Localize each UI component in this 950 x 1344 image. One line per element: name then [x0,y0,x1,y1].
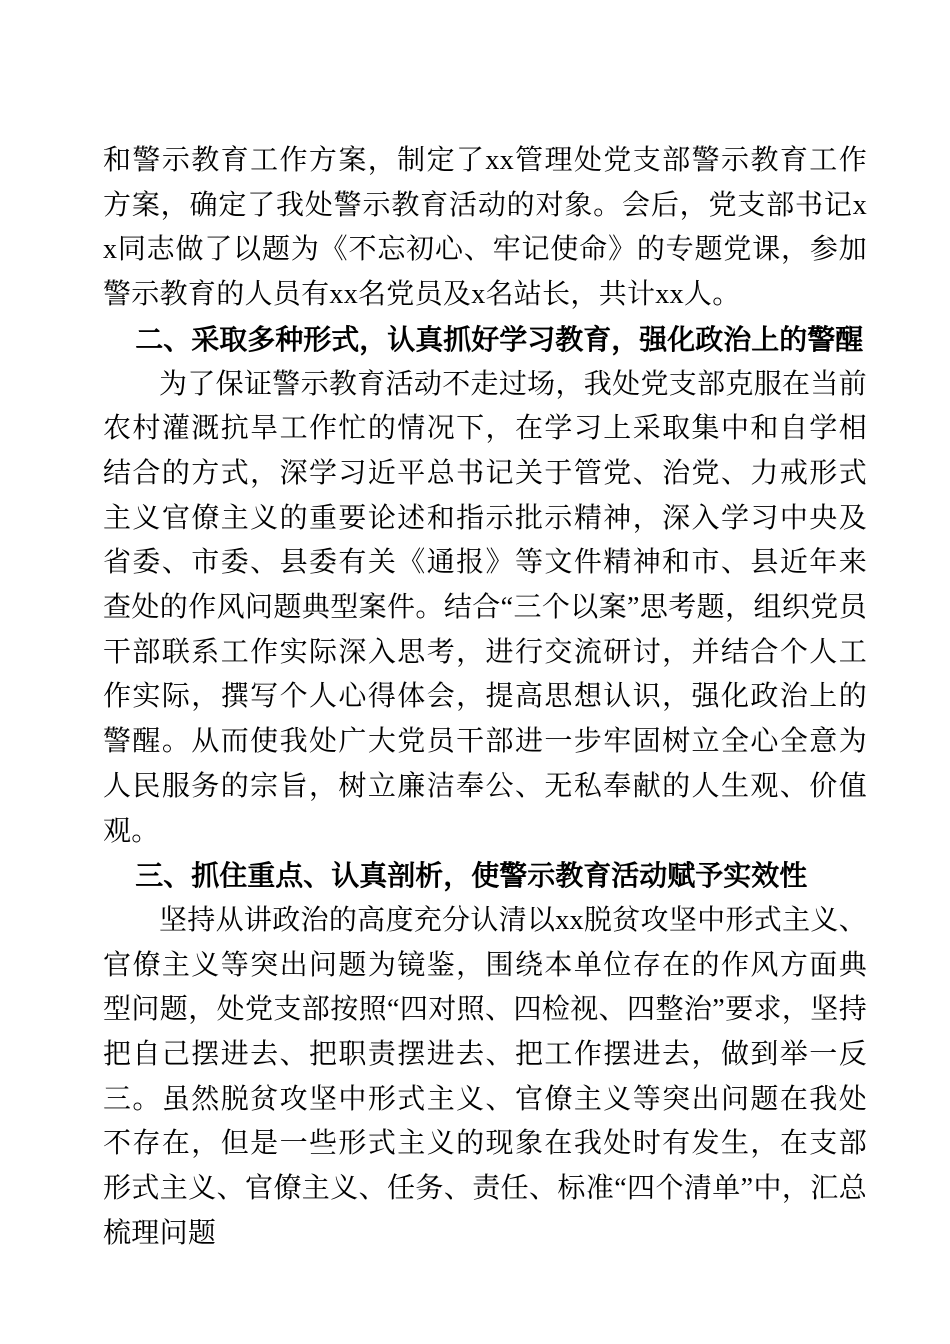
document-body: 和警示教育工作方案，制定了xx管理处党支部警示教育工作方案，确定了我处警示教育活… [103,139,867,1257]
document-page: 和警示教育工作方案，制定了xx管理处党支部警示教育工作方案，确定了我处警示教育活… [0,0,950,1344]
paragraph-section-3: 坚持从讲政治的高度充分认清以xx脱贫攻坚中形式主义、官僚主义等突出问题为镜鉴，围… [103,899,867,1257]
paragraph-continuation: 和警示教育工作方案，制定了xx管理处党支部警示教育工作方案，确定了我处警示教育活… [103,139,867,318]
paragraph-section-2: 为了保证警示教育活动不走过场，我处党支部克服在当前农村灌溉抗旱工作忙的情况下，在… [103,363,867,855]
section-heading-3: 三、抓住重点、认真剖析，使警示教育活动赋予实效性 [103,854,867,899]
section-heading-2: 二、采取多种形式，认真抓好学习教育，强化政治上的警醒 [103,318,867,363]
